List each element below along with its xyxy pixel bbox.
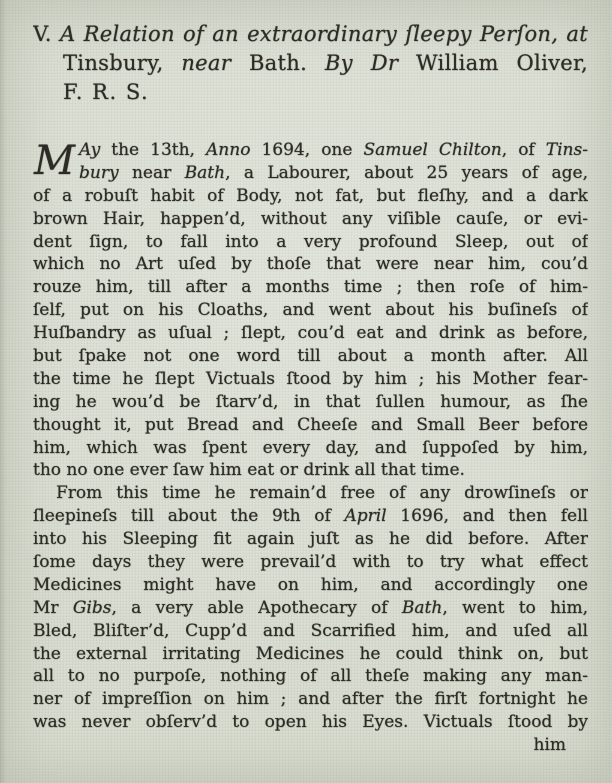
text-line: ſelf, put on his Cloaths, and went about… <box>33 299 588 322</box>
text-segment: the 13th, <box>111 140 206 160</box>
text-segment: F. R. S. <box>63 80 149 104</box>
paragraph: MAy the 13th, Anno 1694, one Samuel Chil… <box>33 139 588 482</box>
text-line: dent ſign, to fall into a very profound … <box>33 231 588 254</box>
text-segment: Anno <box>206 140 261 160</box>
catchword: him <box>533 735 566 755</box>
text-line: From this time he remain’d free of any d… <box>33 482 588 505</box>
text-segment: A Relation of an extraordinary ſleepy Pe… <box>60 22 588 46</box>
text-segment: Bath. <box>249 51 325 75</box>
text-segment: April <box>344 506 400 526</box>
text-segment: near <box>181 51 249 75</box>
text-line: the time he ſlept Victuals ſtood by him … <box>33 368 588 391</box>
text-segment: From this time he remain’d free of any d… <box>56 483 588 503</box>
text-segment: Bled, Bliſter’d, Cupp’d and Scarrified h… <box>33 621 588 641</box>
text-segment: Tinsbury, <box>63 51 181 75</box>
text-line: ſome days they were prevail’d with to tr… <box>33 551 588 574</box>
text-segment: but ſpake not one word till about a mont… <box>33 346 588 366</box>
text-segment: all to no purpoſe, nothing of all theſe … <box>33 666 588 686</box>
title-line: Tinsbury, near Bath. By Dr William Olive… <box>33 49 588 78</box>
text-segment: him, which was ſpent every day, and ſupp… <box>33 438 588 458</box>
catchword-line: him <box>33 734 588 757</box>
text-segment: ſelf, put on his Cloaths, and went about… <box>33 300 588 320</box>
drop-cap: M <box>34 140 75 182</box>
text-line: was never obſerv’d to open his Eyes. Vic… <box>33 711 588 734</box>
text-segment: rouze him, till after a months time ; th… <box>33 277 588 297</box>
scanned-page: V. A Relation of an extraordinary ſleepy… <box>0 0 612 783</box>
text-segment: William Oliver, <box>416 51 588 75</box>
text-line: ſleepineſs till about the 9th of April 1… <box>33 505 588 528</box>
text-segment: brown Hair, happen’d, without any viſibl… <box>33 209 588 229</box>
text-segment: near <box>132 163 185 183</box>
text-line: the external irritating Medicines he cou… <box>33 643 588 666</box>
text-line: him, which was ſpent every day, and ſupp… <box>33 437 588 460</box>
text-segment: Bath <box>402 598 442 618</box>
text-line: Bled, Bliſter’d, Cupp’d and Scarrified h… <box>33 620 588 643</box>
text-line: bury near Bath, a Labourer, about 25 yea… <box>33 162 588 185</box>
text-segment: V. <box>33 22 60 46</box>
article-body: MAy the 13th, Anno 1694, one Samuel Chil… <box>33 139 588 757</box>
text-line: Medicines might have on him, and accordi… <box>33 574 588 597</box>
text-segment: into his Sleeping fit again juſt as he d… <box>33 529 588 549</box>
text-line: Huſbandry as uſual ; ſlept, cou’d eat an… <box>33 322 588 345</box>
text-segment: Mr <box>33 598 73 618</box>
text-segment: Samuel Chilton <box>364 140 502 160</box>
title-line: F. R. S. <box>33 78 588 107</box>
text-line: of a robuſt habit of Body, not fat, but … <box>33 185 588 208</box>
text-segment: Medicines might have on him, and accordi… <box>33 575 588 595</box>
text-segment: tho no one ever ſaw him eat or drink all… <box>33 460 465 480</box>
text-line: ner of impreſſion on him ; and after the… <box>33 688 588 711</box>
text-line: thought it, put Bread and Cheeſe and Sma… <box>33 414 588 437</box>
article-title: V. A Relation of an extraordinary ſleepy… <box>33 20 588 107</box>
text-line: rouze him, till after a months time ; th… <box>33 276 588 299</box>
text-segment: Tins- <box>546 140 588 160</box>
text-line: Mr Gibs, a very able Apothecary of Bath,… <box>33 597 588 620</box>
text-segment: By Dr <box>325 51 416 75</box>
text-line: into his Sleeping fit again juſt as he d… <box>33 528 588 551</box>
text-segment: dent ſign, to fall into a very profound … <box>33 232 588 252</box>
text-line: brown Hair, happen’d, without any viſibl… <box>33 208 588 231</box>
text-segment: ner of impreſſion on him ; and after the… <box>33 689 588 709</box>
text-line: all to no purpoſe, nothing of all theſe … <box>33 665 588 688</box>
text-segment: the time he ſlept Victuals ſtood by him … <box>33 369 588 389</box>
text-segment: was never obſerv’d to open his Eyes. Vic… <box>33 712 588 732</box>
text-line: which no Art uſed by thoſe that were nea… <box>33 253 588 276</box>
text-segment: , went to him, <box>442 598 588 618</box>
page-content: V. A Relation of an extraordinary ſleepy… <box>0 0 612 783</box>
text-segment: Bath <box>185 163 225 183</box>
text-segment: Huſbandry as uſual ; ſlept, cou’d eat an… <box>33 323 588 343</box>
text-segment: 1694, one <box>261 140 363 160</box>
text-line: ing he wou’d be ſtarv’d, in that ſullen … <box>33 391 588 414</box>
text-segment: Ay <box>79 140 111 160</box>
text-segment: which no Art uſed by thoſe that were nea… <box>33 254 588 274</box>
text-segment: , a Labourer, about 25 years of age, <box>225 163 588 183</box>
text-segment: ſome days they were prevail’d with to tr… <box>33 552 588 572</box>
title-line: V. A Relation of an extraordinary ſleepy… <box>33 20 588 49</box>
text-segment: , a very able Apothecary of <box>111 598 401 618</box>
text-segment: bury <box>79 163 132 183</box>
text-segment: 1696, and then fell <box>400 506 588 526</box>
text-segment: of a robuſt habit of Body, not fat, but … <box>33 186 588 206</box>
text-segment: ing he wou’d be ſtarv’d, in that ſullen … <box>33 392 588 412</box>
text-segment: , of <box>502 140 546 160</box>
text-line: Ay the 13th, Anno 1694, one Samuel Chilt… <box>33 139 588 162</box>
text-segment: thought it, put Bread and Cheeſe and Sma… <box>33 415 588 435</box>
text-segment: Gibs <box>73 598 112 618</box>
text-segment: the external irritating Medicines he cou… <box>33 644 588 664</box>
text-segment: ſleepineſs till about the 9th of <box>33 506 344 526</box>
text-line: but ſpake not one word till about a mont… <box>33 345 588 368</box>
paragraph: From this time he remain’d free of any d… <box>33 482 588 757</box>
text-line: tho no one ever ſaw him eat or drink all… <box>33 459 588 482</box>
